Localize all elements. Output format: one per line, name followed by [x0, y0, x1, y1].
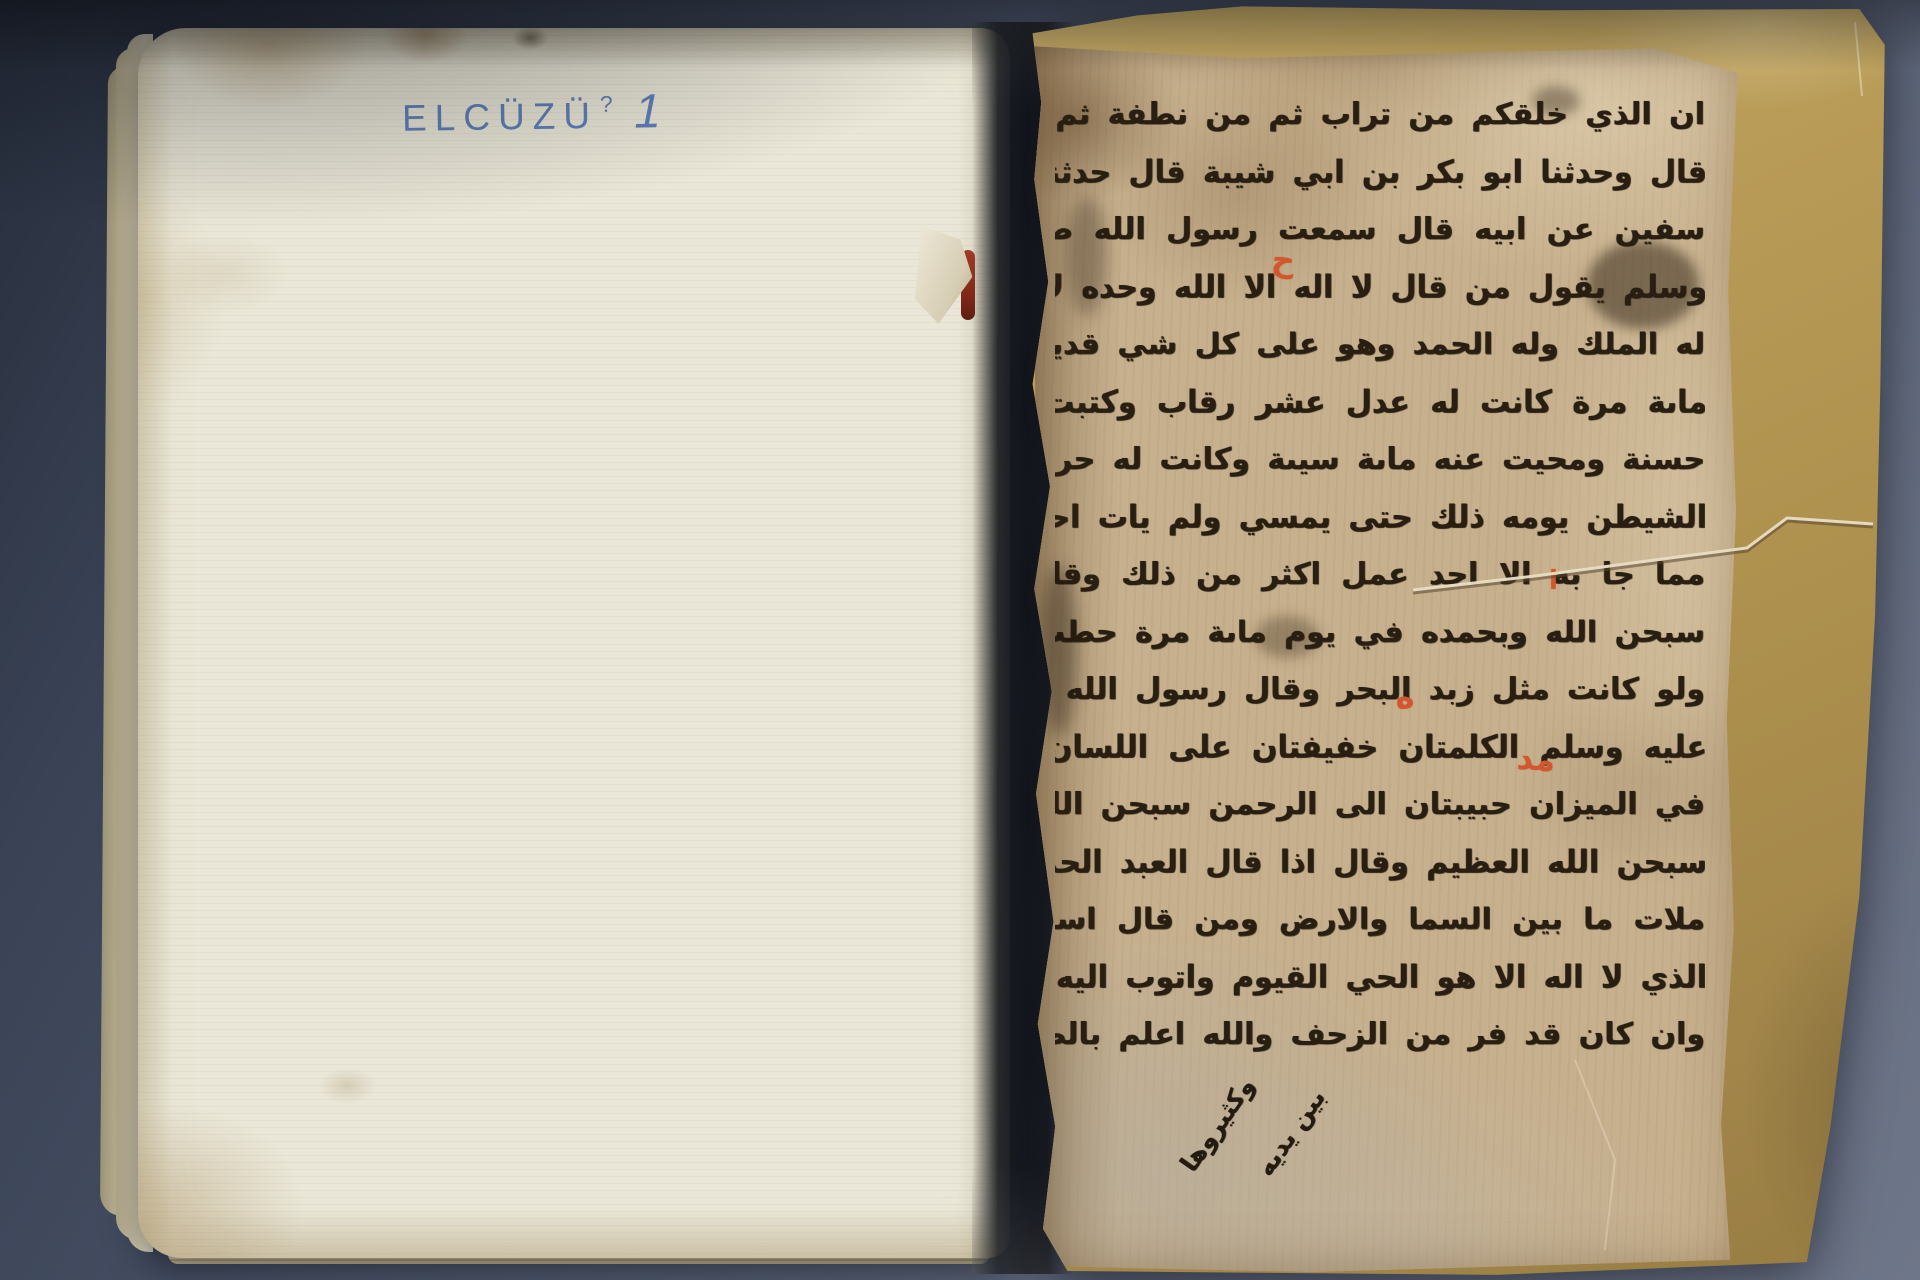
manuscript-line: مما جا به الا احد عمل اكثر من ذلك وقال م…: [1055, 546, 1705, 604]
red-verse-mark: مد: [1516, 739, 1557, 780]
manuscript-line: له الملك وله الحمد وهو على كل شي قدير في…: [1055, 317, 1705, 373]
manuscript-page: ان الذي خلقكم من تراب ثم من نطفة ثم جعلك…: [1015, 0, 1890, 1280]
manuscript-line: الشيطن يومه ذلك حتى يمسي ولم يات احد باف…: [1057, 487, 1705, 547]
ink-smudge: [1067, 196, 1107, 316]
manuscript-line: الذي لا اله الا هو الحي القيوم واتوب الي…: [1057, 947, 1705, 1007]
ink-smudge: [1255, 616, 1319, 658]
manuscript-line: ماىة مرة كانت له عدل عشر رقاب وكتبت له م…: [1057, 372, 1705, 432]
handwritten-label-text: ELCÜZÜ: [402, 95, 599, 139]
ink-smudge: [1532, 86, 1580, 116]
manuscript-line: حسنة ومحيت عنه ماىة سيىة وكانت له حرزا م…: [1055, 431, 1705, 489]
marginal-note: وكثيروها بين يديه: [1137, 1054, 1377, 1280]
handwritten-label-superscript: ?: [600, 91, 613, 117]
manuscript-line: ان الذي خلقكم من تراب ثم من نطفة ثم جعلك…: [1055, 86, 1705, 144]
ink-smudge: [1587, 241, 1699, 329]
handwritten-label-number: 1: [629, 84, 667, 140]
marginal-note-line: وكثيروها: [1174, 1072, 1260, 1177]
manuscript-line: سبحن الله وبحمده في يوم ماىة مرة حطت خطا…: [1055, 604, 1705, 660]
manuscript-line: عليه وسلم الكلمتان خفيفتان على اللسان ثق…: [1057, 717, 1705, 777]
photo-scene: ELCÜZÜ?1 ان الذي خلقكم من تراب ثم من نطف…: [0, 0, 1920, 1280]
manuscript-line: ملات ما بين السما والارض ومن قال استغفر …: [1055, 892, 1705, 948]
page-edge-band: ان الذي خلقكم من تراب ثم من نطفة ثم جعلك…: [1015, 0, 1890, 1280]
manuscript-line: قال وحدثنا ابو بكر بن ابي شيبة قال حدثنا…: [1057, 142, 1705, 202]
red-verse-mark: ا: [1549, 566, 1558, 596]
manuscript-line: سبحن الله العظيم وقال اذا قال العبد الحم…: [1057, 832, 1705, 892]
manuscript-line: في الميزان حبيبتان الى الرحمن سبحن الله …: [1055, 776, 1705, 834]
ink-smudge: [1041, 566, 1077, 736]
arabic-text-block: ان الذي خلقكم من تراب ثم من نطفة ثم جعلك…: [1055, 86, 1705, 1074]
red-verse-mark: ه: [1393, 677, 1416, 717]
manuscript-line: ولو كانت مثل زبد البحر وقال رسول الله صل…: [1055, 661, 1705, 719]
handwritten-label: ELCÜZÜ?1: [402, 84, 662, 143]
marginal-note-line: بين يديه: [1250, 1084, 1331, 1182]
left-blank-page: ELCÜZÜ?1: [138, 28, 1010, 1258]
parchment-surface: ان الذي خلقكم من تراب ثم من نطفة ثم جعلك…: [1027, 46, 1741, 1272]
